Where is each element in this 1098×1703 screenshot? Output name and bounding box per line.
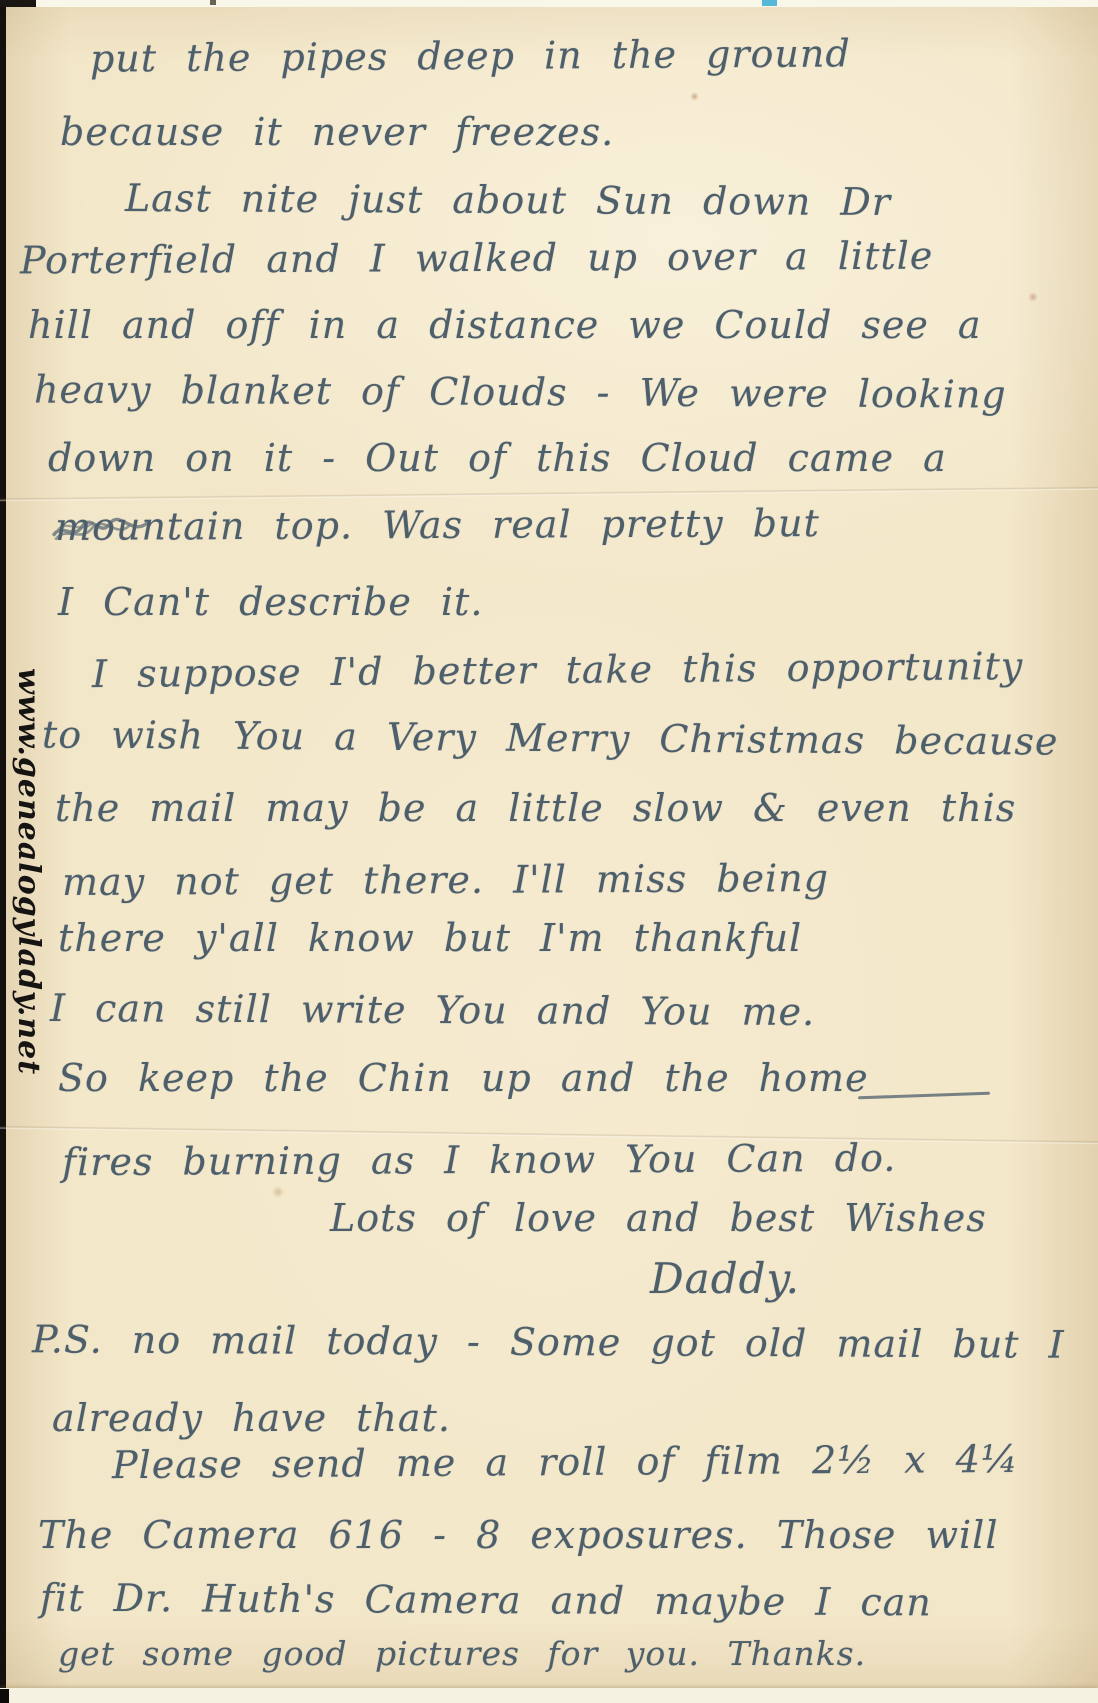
letter-line: I Can't describe it.	[58, 582, 483, 624]
letter-ps-line: get some good pictures for you. Thanks.	[58, 1636, 866, 1672]
letter-line: mountain top. Was real pretty but	[55, 503, 820, 549]
letter-line: down on it - Out of this Cloud came a	[48, 438, 947, 480]
letter-line: I suppose I'd better take this opportuni…	[92, 646, 1024, 696]
scanned-letter-page: www.genealogylady.net put the pipes deep…	[0, 0, 1098, 1703]
scan-artifact-blue-tick	[762, 0, 777, 6]
top-scan-edge	[0, 0, 1098, 7]
letter-line: put the pipes deep in the ground	[90, 33, 851, 80]
letter-line: there y'all know but I'm thankful	[58, 918, 802, 960]
letter-line: So keep the Chin up and the home	[58, 1058, 869, 1100]
letter-ps-line: already have that.	[52, 1398, 451, 1440]
letter-ps-line: The Camera 616 - 8 exposures. Those will	[38, 1515, 998, 1557]
trailing-pen-stroke	[858, 1092, 990, 1100]
age-spot	[1028, 292, 1038, 302]
letter-line: the mail may be a little slow & even thi…	[55, 788, 1016, 830]
fold-crease-upper	[0, 486, 1098, 502]
letter-ps-line: P.S. no mail today - Some got old mail b…	[32, 1319, 1065, 1366]
left-scan-edge	[0, 0, 6, 1703]
letter-line: Last nite just about Sun down Dr	[125, 178, 891, 224]
letter-line: may not get there. I'll miss being	[62, 858, 829, 904]
letter-ps-line: Please send me a roll of film 2½ x 4¼	[112, 1439, 1019, 1487]
letter-signature: Daddy.	[650, 1256, 800, 1302]
bottom-scan-edge	[0, 1688, 1098, 1703]
scan-artifact-dark-tick	[210, 0, 216, 5]
letter-line: Porterfield and I walked up over a littl…	[20, 236, 934, 283]
letter-line: heavy blanket of Clouds - We were lookin…	[34, 369, 1007, 416]
letter-line: fires burning as I know You Can do.	[62, 1138, 897, 1184]
letter-line: hill and off in a distance we Could see …	[28, 305, 982, 347]
letter-closing-line: Lots of love and best Wishes	[330, 1198, 987, 1240]
letter-line: to wish You a Very Merry Christmas becau…	[42, 714, 1059, 763]
age-spot	[272, 1186, 284, 1198]
overwrite-scribble	[49, 510, 154, 546]
age-spot	[690, 92, 699, 101]
letter-line: I can still write You and You me.	[50, 988, 815, 1034]
watermark: www.genealogylady.net	[11, 668, 46, 1075]
letter-line: because it never freezes.	[60, 112, 614, 154]
letter-ps-line: fit Dr. Huth's Camera and maybe I can	[40, 1578, 932, 1624]
bottom-left-corner-mark	[0, 1689, 9, 1703]
